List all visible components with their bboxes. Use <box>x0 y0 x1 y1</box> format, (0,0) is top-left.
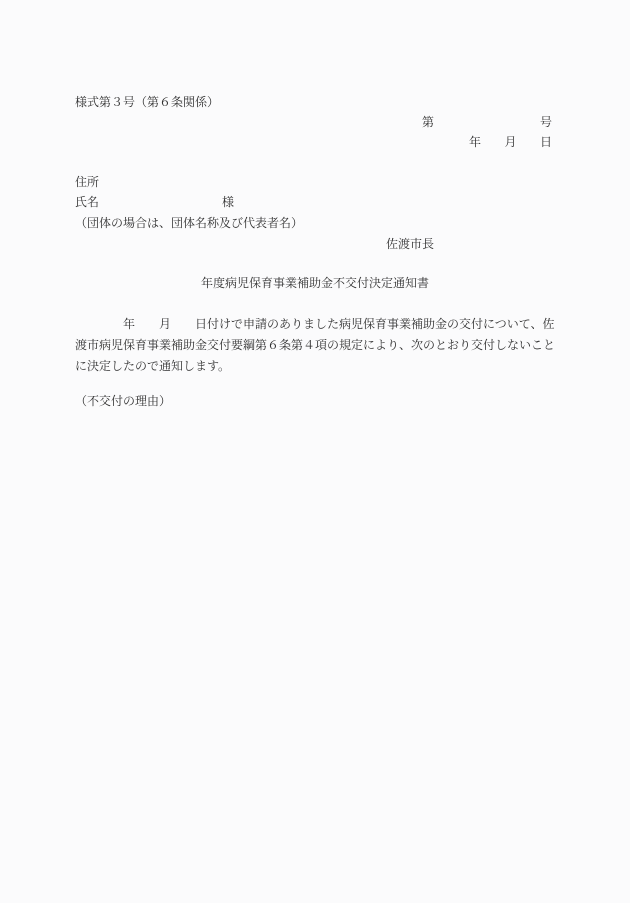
recipient-honorific: 様 <box>222 196 234 208</box>
doc-number-prefix: 第 <box>422 116 434 128</box>
recipient-name-label: 氏名 <box>75 196 99 208</box>
sender-title: 佐渡市長 <box>386 238 434 250</box>
document-title: 年度病児保育事業補助金不交付決定通知書 <box>75 277 555 289</box>
date-month-label: 月 <box>504 136 516 148</box>
recipient-name-line: 氏名 様 <box>75 196 234 208</box>
date-year-label: 年 <box>469 136 481 148</box>
document-page: 様式第３号（第６条関係） 第 号 年 月 日 住所 氏名 様 （団体の場合は、団… <box>0 0 630 903</box>
form-number: 様式第３号（第６条関係） <box>75 96 219 108</box>
body-line-3: に決定したので通知します。 <box>75 360 230 372</box>
date-line: 年 月 日 <box>469 136 552 148</box>
recipient-address-label: 住所 <box>75 176 99 188</box>
recipient-organization-note: （団体の場合は、団体名称及び代表者名） <box>75 217 303 229</box>
body-line-1: 年 月 日付けで申請のありました病児保育事業補助金の交付について、佐 <box>75 318 555 330</box>
reason-label: （不交付の理由） <box>75 395 171 407</box>
date-day-label: 日 <box>540 136 552 148</box>
doc-number-suffix: 号 <box>540 116 552 128</box>
body-line-2: 渡市病児保育事業補助金交付要綱第６条第４項の規定により、次のとおり交付しないこと <box>75 339 555 351</box>
doc-number-line: 第 号 <box>422 116 552 128</box>
